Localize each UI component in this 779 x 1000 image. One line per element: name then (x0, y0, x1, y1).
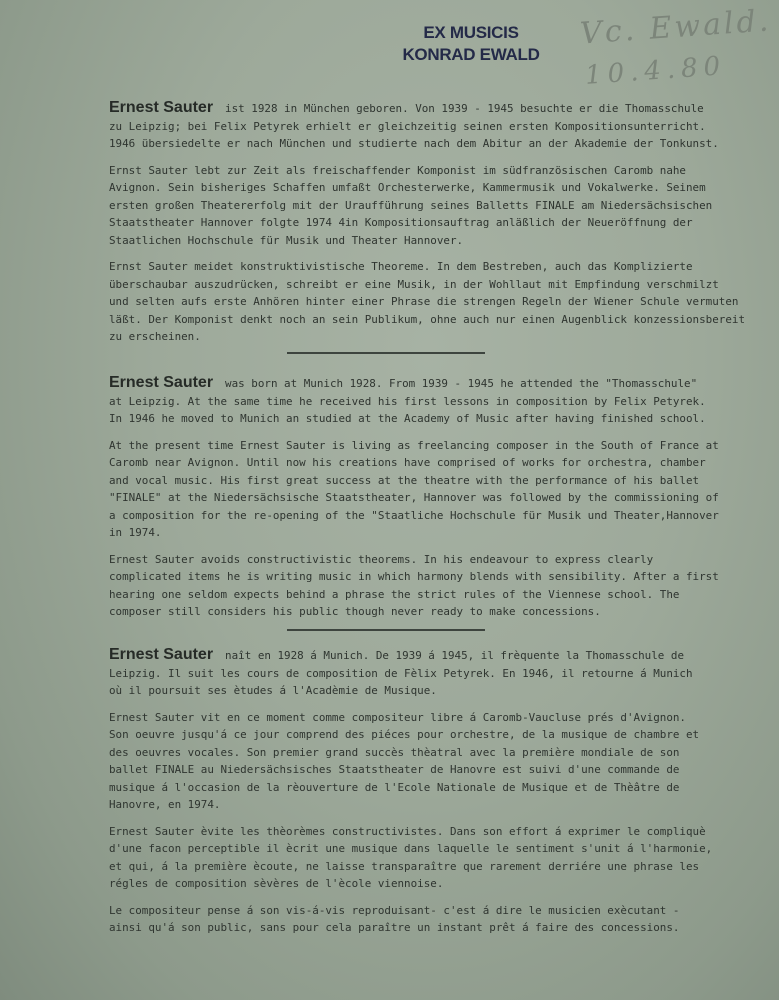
paragraph: Ernst Sauter lebt zur Zeit als freischaf… (109, 162, 669, 250)
text-line: ersten großen Theatererfolg mit der Urau… (109, 199, 712, 212)
text-line: ainsi qu'á son public, sans pour cela pa… (109, 921, 679, 934)
handwritten-name: Vc. Ewald. (579, 3, 772, 51)
text-line: zu Leipzig; bei Felix Petyrek erhielt er… (109, 120, 706, 133)
paragraph: Ernest Sauterwas born at Munich 1928. Fr… (109, 374, 669, 428)
publisher-stamp: EX MUSICIS KONRAD EWALD (396, 22, 546, 66)
composer-name-heading: Ernest Sauter (109, 374, 213, 391)
text-line: 1946 übersiedelte er nach München und st… (109, 137, 719, 150)
text-line: hearing one seldom expects behind a phra… (109, 588, 679, 601)
text-line: At the present time Ernest Sauter is liv… (109, 439, 719, 452)
text-line: Caromb near Avignon. Until now his creat… (109, 456, 706, 469)
text-line: Staatstheater Hannover folgte 1974 4in K… (109, 216, 693, 229)
text-line: Avignon. Sein bisheriges Schaffen umfaßt… (109, 181, 706, 194)
text-line: Ernest Sauter èvite les thèorèmes constr… (109, 825, 706, 838)
text-line: überschaubar auszudrücken, schreibt er e… (109, 278, 719, 291)
text-line: Leipzig. Il suit les cours de compositio… (109, 667, 693, 680)
text-line: läßt. Der Komponist denkt noch an sein P… (109, 313, 745, 326)
paragraph: Ernest Sauterist 1928 in München geboren… (109, 99, 669, 153)
text-line: naît en 1928 á Munich. De 1939 á 1945, i… (225, 649, 684, 662)
handwritten-date: 10.4.80 (584, 51, 727, 91)
section-english: Ernest Sauterwas born at Munich 1928. Fr… (109, 374, 669, 630)
text-line: zu erscheinen. (109, 330, 201, 343)
section-divider (287, 629, 485, 631)
text-line: d'une facon perceptible il ècrit une mus… (109, 842, 712, 855)
text-line: "FINALE" at the Niedersächsische Staatst… (109, 491, 719, 504)
text-line: was born at Munich 1928. From 1939 - 194… (225, 377, 697, 390)
text-line: Ernest Sauter vit en ce moment comme com… (109, 711, 686, 724)
text-line: Ernest Sauter avoids constructivistic th… (109, 553, 653, 566)
section-german: Ernest Sauterist 1928 in München geboren… (109, 99, 669, 355)
text-line: ist 1928 in München geboren. Von 1939 - … (225, 102, 704, 115)
text-line: des oeuvres vocales. Son premier grand s… (109, 746, 679, 759)
text-line: Staatlichen Hochschule für Musik und The… (109, 234, 463, 247)
text-line: régles de composition sèvères de l'ècole… (109, 877, 443, 890)
text-line: musique á l'occasion de la rèouverture d… (109, 781, 679, 794)
text-line: Son oeuvre jusqu'á ce jour comprend des … (109, 728, 699, 741)
text-line: In 1946 he moved to Munich an studied at… (109, 412, 706, 425)
text-line: a composition for the re-opening of the … (109, 509, 719, 522)
paragraph: At the present time Ernest Sauter is liv… (109, 437, 669, 542)
section-divider (287, 352, 485, 354)
section-french: Ernest Sauternaît en 1928 á Munich. De 1… (109, 646, 669, 946)
composer-name-heading: Ernest Sauter (109, 99, 213, 116)
paragraph: Ernest Sauter vit en ce moment comme com… (109, 709, 669, 814)
text-line: où il poursuit ses ètudes á l'Acadèmie d… (109, 684, 437, 697)
text-line: Hanovre, en 1974. (109, 798, 220, 811)
paragraph: Ernest Sauter avoids constructivistic th… (109, 551, 669, 621)
paragraph: Ernest Sauternaît en 1928 á Munich. De 1… (109, 646, 669, 700)
stamp-line-2: KONRAD EWALD (396, 44, 546, 66)
stamp-line-1: EX MUSICIS (396, 22, 546, 44)
text-line: composer still considers his public thou… (109, 605, 601, 618)
text-line: in 1974. (109, 526, 161, 539)
paragraph: Ernest Sauter èvite les thèorèmes constr… (109, 823, 669, 893)
text-line: at Leipzig. At the same time he received… (109, 395, 706, 408)
paragraph: Ernst Sauter meidet konstruktivistische … (109, 258, 669, 346)
text-line: ballet FINALE au Niedersächsisches Staat… (109, 763, 679, 776)
composer-name-heading: Ernest Sauter (109, 646, 213, 663)
paragraph: Le compositeur pense á son vis-á-vis rep… (109, 902, 669, 937)
text-line: Le compositeur pense á son vis-á-vis rep… (109, 904, 679, 917)
text-line: und selten aufs erste Anhören hinter ein… (109, 295, 738, 308)
text-line: et qui, á la première ècoute, ne laisse … (109, 860, 699, 873)
text-line: complicated items he is writing music in… (109, 570, 719, 583)
text-line: and vocal music. His first great success… (109, 474, 699, 487)
text-line: Ernst Sauter meidet konstruktivistische … (109, 260, 693, 273)
text-line: Ernst Sauter lebt zur Zeit als freischaf… (109, 164, 686, 177)
